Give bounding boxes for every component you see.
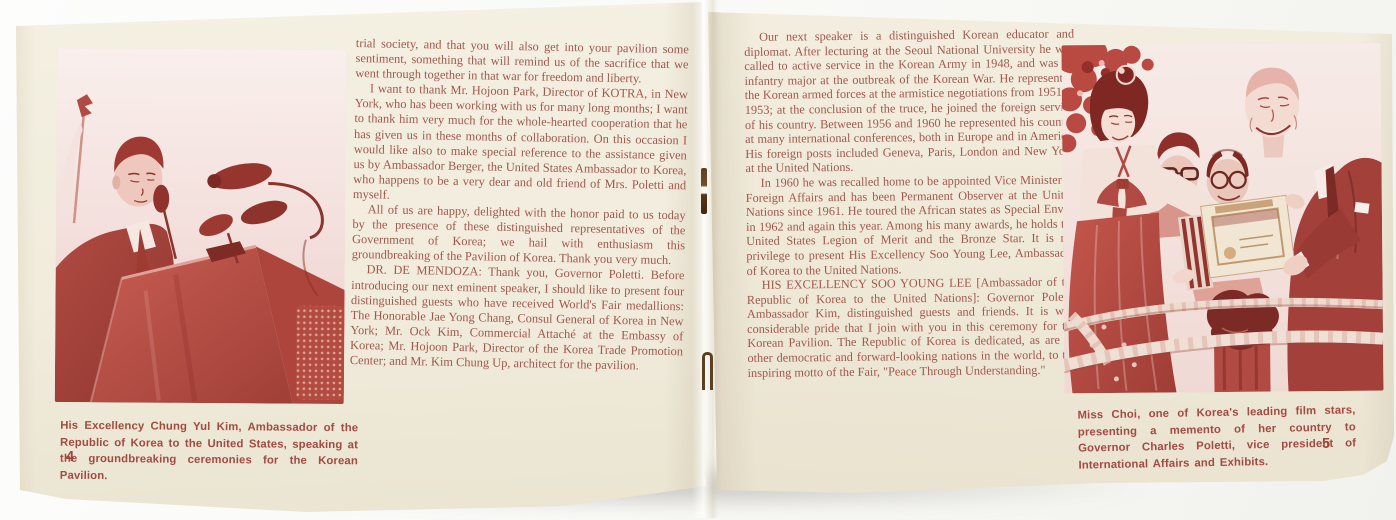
photo-ambassador-kim-speaking <box>55 48 346 404</box>
staple-icon <box>702 352 713 390</box>
text-column-left: trial society, and that you will also ge… <box>350 36 689 374</box>
paragraph: I want to thank Mr. Hojoon Park, Directo… <box>353 81 688 208</box>
photo-miss-choi-presentation <box>1061 43 1383 394</box>
booklet-spread-scan: His Excellency Chung Yul Kim, Ambassador… <box>0 0 1396 520</box>
page-number-right: 5 <box>1322 436 1331 452</box>
paragraph-soo-young-lee-remarks: HIS EXCELLENCY SOO YOUNG LEE [Ambassador… <box>747 275 1078 381</box>
photo-caption-right: Miss Choi, one of Korea's leading film s… <box>1077 403 1356 474</box>
paragraph-continuation: trial society, and that you will also ge… <box>355 36 689 88</box>
photo-caption-left: His Excellency Chung Yul Kim, Ambassador… <box>60 418 359 487</box>
duotone-podium-speech-illustration <box>55 48 346 404</box>
paragraph-dr-de-mendoza: DR. DE MENDOZA: Thank you, Governor Pole… <box>350 262 685 374</box>
page-left: His Excellency Chung Yul Kim, Ambassador… <box>6 0 710 520</box>
page-number-left: 4 <box>66 449 75 465</box>
text-column-right: Our next speaker is a distinguished Kore… <box>744 27 1078 381</box>
paragraph-speaker-introduction: Our next speaker is a distinguished Kore… <box>744 27 1076 176</box>
page-right: Our next speaker is a distinguished Kore… <box>706 0 1396 520</box>
paragraph: In 1960 he was recalled home to be appoi… <box>746 172 1077 278</box>
staple-icon <box>701 168 707 214</box>
paragraph: All of us are happy, delighted with the … <box>352 202 686 269</box>
duotone-gift-presentation-illustration <box>1061 43 1383 394</box>
